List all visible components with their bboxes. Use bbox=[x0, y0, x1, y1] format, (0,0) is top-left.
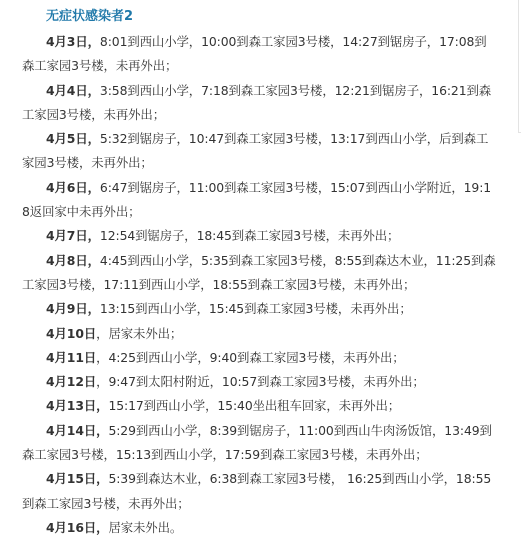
section-title: 无症状感染者2 bbox=[22, 6, 496, 28]
entry-date: 4月9日， bbox=[46, 301, 100, 316]
itinerary-entry: 4月6日，6:47到锯房子，11:00到森工家园3号楼，15:07到西山小学附近… bbox=[22, 176, 496, 225]
entry-date: 4月13日， bbox=[46, 398, 108, 413]
entry-text: 13:15到西山小学，15:45到森工家园3号楼，未再外出； bbox=[100, 301, 412, 316]
itinerary-entry: 4月16日，居家未外出。 bbox=[22, 516, 496, 540]
itinerary-entry: 4月5日，5:32到锯房子，10:47到森工家园3号楼，13:17到西山小学，后… bbox=[22, 127, 496, 176]
entry-date: 4月11日 bbox=[46, 350, 96, 365]
itinerary-entry: 4月9日，13:15到西山小学，15:45到森工家园3号楼，未再外出； bbox=[22, 297, 496, 321]
itinerary-entry: 4月10日，居家未外出； bbox=[22, 322, 496, 346]
itinerary-entry: 4月4日，3:58到西山小学，7:18到森工家园3号楼，12:21到锯房子，16… bbox=[22, 79, 496, 128]
entry-text: ，9:47到太阳村附近，10:57到森工家园3号楼，未再外出； bbox=[96, 374, 425, 389]
itinerary-entry: 4月13日，15:17到西山小学，15:40坐出租车回家，未再外出； bbox=[22, 394, 496, 418]
entry-date: 4月14日， bbox=[46, 423, 108, 438]
article-body: 无症状感染者2 4月3日，8:01到西山小学，10:00到森工家园3号楼，14:… bbox=[22, 6, 496, 540]
entry-date: 4月3日， bbox=[46, 34, 100, 49]
itinerary-entry: 4月11日，4:25到西山小学，9:40到森工家园3号楼，未再外出； bbox=[22, 346, 496, 370]
entry-date: 4月8日， bbox=[46, 253, 100, 268]
entry-date: 4月16日， bbox=[46, 520, 108, 535]
entry-text: 居家未外出。 bbox=[108, 520, 182, 535]
itinerary-entry: 4月12日，9:47到太阳村附近，10:57到森工家园3号楼，未再外出； bbox=[22, 370, 496, 394]
itinerary-entry: 4月3日，8:01到西山小学，10:00到森工家园3号楼，14:27到锯房子，1… bbox=[22, 30, 496, 79]
itinerary-entry: 4月8日，4:45到西山小学，5:35到森工家园3号楼，8:55到森达木业，11… bbox=[22, 249, 496, 298]
itinerary-entry: 4月14日，5:29到西山小学，8:39到锯房子，11:00到西山牛肉汤饭馆，1… bbox=[22, 419, 496, 468]
entry-date: 4月4日， bbox=[46, 83, 100, 98]
entry-date: 4月7日， bbox=[46, 228, 100, 243]
entry-date: 4月10日 bbox=[46, 326, 96, 341]
entry-text: 12:54到锯房子，18:45到森工家园3号楼，未再外出； bbox=[100, 228, 399, 243]
entry-date: 4月12日 bbox=[46, 374, 96, 389]
entry-text: ，4:25到西山小学，9:40到森工家园3号楼，未再外出； bbox=[96, 350, 404, 365]
entry-text: 15:17到西山小学，15:40坐出租车回家，未再外出； bbox=[108, 398, 400, 413]
entry-date: 4月15日， bbox=[46, 471, 108, 486]
entry-date: 4月6日， bbox=[46, 180, 100, 195]
itinerary-entry: 4月15日，5:39到森达木业，6:38到森工家园3号楼， 16:25到西山小学… bbox=[22, 467, 496, 516]
entry-date: 4月5日， bbox=[46, 131, 100, 146]
entry-text: ，居家未外出； bbox=[96, 326, 182, 341]
itinerary-entry: 4月7日，12:54到锯房子，18:45到森工家园3号楼，未再外出； bbox=[22, 224, 496, 248]
